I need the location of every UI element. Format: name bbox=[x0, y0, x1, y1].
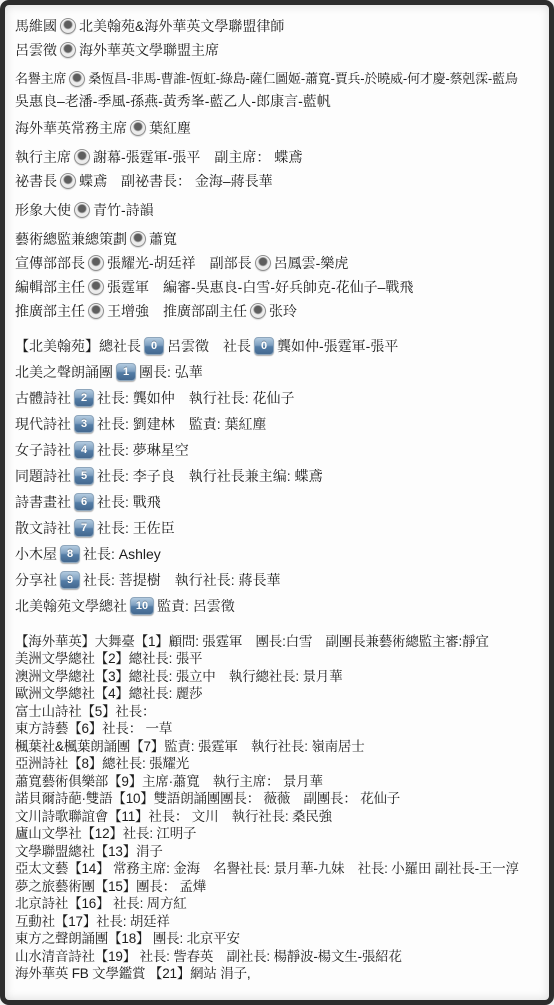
text-segment: 美洲文學總社【2】總社長: 張平 bbox=[15, 651, 202, 667]
text-line: 同題詩社5社長: 李子良 執行社長兼主编: 蝶鳶 bbox=[15, 463, 543, 489]
text-line: 海外華英常務主席葉紅塵 bbox=[15, 116, 543, 140]
text-segment: 分享社 bbox=[15, 572, 57, 588]
text-line: 呂雲徵海外華英文學聯盟主席 bbox=[15, 38, 543, 62]
text-segment: 【海外華英】大舞臺【1】顧問: 張霆軍 團長:白雪 副團長兼藝術總監主審:靜宜 bbox=[15, 634, 489, 650]
text-segment: 青竹-詩韻 bbox=[93, 202, 154, 218]
text-segment: 監責: 呂雲徵 bbox=[157, 598, 235, 614]
text-line: 北美翰苑文學總社10監責: 呂雲徵 bbox=[15, 593, 543, 619]
radio-circle-icon bbox=[60, 42, 76, 58]
text-segment: 宣傳部部長 bbox=[15, 255, 85, 271]
text-line: 執行主席謝幕-張霆軍-張平 副主席： 蝶鳶 bbox=[15, 145, 543, 169]
text-line: 山水清音詩社【19】 社長: 訾春英 副社長: 楊靜波-楊文生-張紹花 bbox=[15, 948, 543, 966]
text-segment: 馬維國 bbox=[15, 18, 57, 34]
text-segment: 葉紅塵 bbox=[149, 120, 191, 136]
text-line: 蕭寬藝術俱樂部【9】主席·蕭寬 執行主席： 景月華 bbox=[15, 773, 543, 791]
text-segment: 執行主席 bbox=[15, 149, 71, 165]
text-line: 形象大使青竹-詩韻 bbox=[15, 198, 543, 222]
text-segment: 社長: Ashley bbox=[83, 546, 161, 562]
text-segment: 蕭寬藝術俱樂部【9】主席·蕭寬 執行主席： 景月華 bbox=[15, 774, 323, 790]
radio-circle-icon bbox=[60, 173, 76, 189]
number-badge-icon: 5 bbox=[74, 467, 94, 485]
text-line: 編輯部主任張霆軍 編審-吳惠良-白雪-好兵帥克-花仙子–戰飛 bbox=[15, 275, 543, 299]
text-segment: 社長: 劉建林 監責: 葉紅塵 bbox=[97, 416, 267, 432]
text-line: 文學聯盟總社【13】涓子 bbox=[15, 843, 543, 861]
section-attorney-chairman: 馬維國北美翰苑&海外華英文學聯盟律師呂雲徵海外華英文學聯盟主席 bbox=[15, 14, 543, 62]
number-badge-icon: 8 bbox=[60, 545, 80, 563]
text-segment: 謝幕-張霆軍-張平 副主席： 蝶鳶 bbox=[93, 149, 302, 165]
number-badge-icon: 2 bbox=[74, 389, 94, 407]
radio-circle-icon bbox=[88, 279, 104, 295]
text-line: 北京詩社【16】 社長: 周方紅 bbox=[15, 896, 543, 914]
text-segment: 東方之聲朗誦團【18】 團長: 北京平安 bbox=[15, 931, 240, 947]
text-line: 宣傳部部長張耀光-胡廷祥 副部長呂鳳雲-樂虎 bbox=[15, 251, 543, 275]
text-segment: 祕書長 bbox=[15, 173, 57, 189]
text-line: 文川詩歌聯誼會【11】社長： 文川 執行社長: 桑民強 bbox=[15, 808, 543, 826]
text-segment: 亞洲詩社【8】總社長: 張耀光 bbox=[15, 756, 189, 772]
text-segment: 古體詩社 bbox=[15, 390, 71, 406]
text-segment: 海外華英文學聯盟主席 bbox=[79, 42, 219, 58]
text-segment: 亞太文藝【14】 常務主席: 金海 名譽社長: 景月華-九妹 社長: 小羅田 副… bbox=[15, 861, 519, 877]
text-line: 名譽主席桑恆昌-非馬-曹誰-恆虹-綠島-薩仁圖姬-蕭寬-賈兵-於曉威-何才慶-蔡… bbox=[15, 67, 543, 91]
text-segment: 呂雲徵 bbox=[15, 42, 57, 58]
number-badge-icon: 0 bbox=[254, 337, 274, 355]
text-line: 廬山文學社【12】社長: 江明子 bbox=[15, 826, 543, 844]
text-line: 富士山詩社【5】社長： bbox=[15, 703, 543, 721]
text-line: 東方詩藝【6】社長： 一草 bbox=[15, 721, 543, 739]
text-line: 夢之旅藝術團【15】團長： 孟燁 bbox=[15, 878, 543, 896]
text-segment: 北美之聲朗誦團 bbox=[15, 364, 113, 380]
text-line: 亞洲詩社【8】總社長: 張耀光 bbox=[15, 756, 543, 774]
text-segment: 東方詩藝【6】社長： 一草 bbox=[15, 721, 172, 737]
text-line: 散文詩社7社長: 王佐臣 bbox=[15, 515, 543, 541]
number-badge-icon: 9 bbox=[60, 571, 80, 589]
text-segment: 社長: 龔如仲 執行社長: 花仙子 bbox=[97, 390, 295, 406]
text-line: 祕書長蝶鳶 副祕書長： 金海–蔣長華 bbox=[15, 169, 543, 193]
text-segment: 蝶鳶 副祕書長： 金海–蔣長華 bbox=[79, 173, 273, 189]
section-image-ambassador: 形象大使青竹-詩韻 bbox=[15, 198, 543, 222]
text-segment: 推廣部主任 bbox=[15, 303, 85, 319]
radio-circle-icon bbox=[60, 18, 76, 34]
section-huaying-societies: 【海外華英】大舞臺【1】顧問: 張霆軍 團長:白雪 副團長兼藝術總監主審:靜宜美… bbox=[15, 633, 543, 983]
text-line: 東方之聲朗誦團【18】 團長: 北京平安 bbox=[15, 931, 543, 949]
text-line: 分享社9社長: 菩提樹 執行社長: 蔣長華 bbox=[15, 567, 543, 593]
text-segment: 編輯部主任 bbox=[15, 279, 85, 295]
text-segment: 女子詩社 bbox=[15, 442, 71, 458]
text-line: 海外華英 FB 文學鑑賞 【21】網站 涓子, bbox=[15, 966, 543, 984]
text-line: 吳惠良–老潘-季風-孫燕-黃秀峯-藍乙人-郎康言-藍帆 bbox=[15, 91, 543, 111]
section-hanyuan-societies: 【北美翰苑】總社長0呂雲徵 社長0龔如仲-張霆軍-張平北美之聲朗誦團1團長: 弘… bbox=[15, 333, 543, 619]
text-line: 小木屋8社長: Ashley bbox=[15, 541, 543, 567]
text-line: 藝術總監兼總策劃蕭寬 bbox=[15, 227, 543, 251]
text-line: 【海外華英】大舞臺【1】顧問: 張霆軍 團長:白雪 副團長兼藝術總監主審:靜宜 bbox=[15, 633, 543, 651]
number-badge-icon: 0 bbox=[144, 337, 164, 355]
text-segment: 北美翰苑&海外華英文學聯盟律師 bbox=[79, 18, 284, 34]
section-executive-chairmen: 執行主席謝幕-張霆軍-張平 副主席： 蝶鳶祕書長蝶鳶 副祕書長： 金海–蔣長華 bbox=[15, 145, 543, 193]
text-line: 古體詩社2社長: 龔如仲 執行社長: 花仙子 bbox=[15, 385, 543, 411]
document-content: 馬維國北美翰苑&海外華英文學聯盟律師呂雲徵海外華英文學聯盟主席名譽主席桑恆昌-非… bbox=[15, 14, 543, 983]
text-segment: 社長: 菩提樹 執行社長: 蔣長華 bbox=[83, 572, 281, 588]
text-segment: 社長: 夢琳星空 bbox=[97, 442, 189, 458]
text-segment: 张玲 bbox=[269, 303, 297, 319]
radio-circle-icon bbox=[69, 71, 85, 87]
text-segment: 歐洲文學總社【4】總社長: 麗莎 bbox=[15, 686, 202, 702]
text-segment: 社長: 李子良 執行社長兼主编: 蝶鳶 bbox=[97, 468, 323, 484]
text-line: 北美之聲朗誦團1團長: 弘華 bbox=[15, 359, 543, 385]
radio-circle-icon bbox=[130, 120, 146, 136]
text-line: 馬維國北美翰苑&海外華英文學聯盟律師 bbox=[15, 14, 543, 38]
text-segment: 文學聯盟總社【13】涓子 bbox=[15, 844, 163, 860]
number-badge-icon: 1 bbox=[116, 363, 136, 381]
text-segment: 廬山文學社【12】社長: 江明子 bbox=[15, 826, 196, 842]
text-segment: 呂雲徵 社長 bbox=[167, 338, 251, 354]
number-badge-icon: 4 bbox=[74, 441, 94, 459]
number-badge-icon: 10 bbox=[130, 597, 154, 615]
text-line: 楓葉社&楓葉朗誦團【7】監責: 張霆軍 執行社長: 嶺南居士 bbox=[15, 738, 543, 756]
text-line: 諾貝爾詩葩·雙語【10】雙語朗誦團團長： 薇薇 副團長： 花仙子 bbox=[15, 791, 543, 809]
text-line: 澳洲文學總社【3】總社長: 張立中 執行總社長: 景月華 bbox=[15, 668, 543, 686]
text-segment: 【北美翰苑】總社長 bbox=[15, 338, 141, 354]
text-segment: 夢之旅藝術團【15】團長： 孟燁 bbox=[15, 879, 206, 895]
text-segment: 海外華英 FB 文學鑑賞 【21】網站 涓子, bbox=[15, 966, 250, 982]
number-badge-icon: 6 bbox=[74, 493, 94, 511]
radio-circle-icon bbox=[88, 303, 104, 319]
text-line: 歐洲文學總社【4】總社長: 麗莎 bbox=[15, 686, 543, 704]
radio-circle-icon bbox=[255, 255, 271, 271]
text-segment: 諾貝爾詩葩·雙語【10】雙語朗誦團團長： 薇薇 副團長： 花仙子 bbox=[15, 791, 400, 807]
text-segment: 團長: 弘華 bbox=[139, 364, 203, 380]
radio-circle-icon bbox=[88, 255, 104, 271]
radio-circle-icon bbox=[74, 149, 90, 165]
text-segment: 蕭寬 bbox=[149, 231, 177, 247]
radio-circle-icon bbox=[250, 303, 266, 319]
text-segment: 龔如仲-張霆軍-張平 bbox=[277, 338, 398, 354]
document-page: 馬維國北美翰苑&海外華英文學聯盟律師呂雲徵海外華英文學聯盟主席名譽主席桑恆昌-非… bbox=[0, 0, 554, 1005]
text-segment: 王增強 推廣部副主任 bbox=[107, 303, 247, 319]
section-honorary-chairmen: 名譽主席桑恆昌-非馬-曹誰-恆虹-綠島-薩仁圖姬-蕭寬-賈兵-於曉威-何才慶-蔡… bbox=[15, 67, 543, 111]
text-segment: 澳洲文學總社【3】總社長: 張立中 執行總社長: 景月華 bbox=[15, 669, 342, 685]
text-segment: 呂鳳雲-樂虎 bbox=[274, 255, 349, 271]
number-badge-icon: 7 bbox=[74, 519, 94, 537]
text-line: 現代詩社3社長: 劉建林 監責: 葉紅塵 bbox=[15, 411, 543, 437]
text-segment: 社長: 戰飛 bbox=[97, 494, 161, 510]
text-segment: 海外華英常務主席 bbox=[15, 120, 127, 136]
text-line: 【北美翰苑】總社長0呂雲徵 社長0龔如仲-張霆軍-張平 bbox=[15, 333, 543, 359]
text-segment: 同題詩社 bbox=[15, 468, 71, 484]
radio-circle-icon bbox=[74, 202, 90, 218]
text-segment: 文川詩歌聯誼會【11】社長： 文川 執行社長: 桑民強 bbox=[15, 809, 332, 825]
text-line: 互動社【17】社長: 胡廷祥 bbox=[15, 913, 543, 931]
text-segment: 吳惠良–老潘-季風-孫燕-黃秀峯-藍乙人-郎康言-藍帆 bbox=[15, 93, 331, 109]
text-segment: 山水清音詩社【19】 社長: 訾春英 副社長: 楊靜波-楊文生-張紹花 bbox=[15, 949, 402, 965]
text-segment: 現代詩社 bbox=[15, 416, 71, 432]
section-standing-chairman: 海外華英常務主席葉紅塵 bbox=[15, 116, 543, 140]
text-segment: 形象大使 bbox=[15, 202, 71, 218]
text-segment: 北美翰苑文學總社 bbox=[15, 598, 127, 614]
radio-circle-icon bbox=[130, 231, 146, 247]
text-segment: 藝術總監兼總策劃 bbox=[15, 231, 127, 247]
text-segment: 名譽主席 bbox=[15, 72, 66, 87]
text-segment: 互動社【17】社長: 胡廷祥 bbox=[15, 914, 170, 930]
text-segment: 楓葉社&楓葉朗誦團【7】監責: 張霆軍 執行社長: 嶺南居士 bbox=[15, 739, 365, 755]
text-line: 美洲文學總社【2】總社長: 張平 bbox=[15, 651, 543, 669]
text-segment: 詩書畫社 bbox=[15, 494, 71, 510]
text-line: 推廣部主任王增強 推廣部副主任张玲 bbox=[15, 299, 543, 323]
text-segment: 散文詩社 bbox=[15, 520, 71, 536]
text-line: 女子詩社4社長: 夢琳星空 bbox=[15, 437, 543, 463]
text-segment: 桑恆昌-非馬-曹誰-恆虹-綠島-薩仁圖姬-蕭寬-賈兵-於曉威-何才慶-蔡剋霂-藍… bbox=[88, 72, 517, 87]
section-departments: 藝術總監兼總策劃蕭寬宣傳部部長張耀光-胡廷祥 副部長呂鳳雲-樂虎編輯部主任張霆軍… bbox=[15, 227, 543, 323]
text-segment: 社長: 王佐臣 bbox=[97, 520, 175, 536]
text-line: 亞太文藝【14】 常務主席: 金海 名譽社長: 景月華-九妹 社長: 小羅田 副… bbox=[15, 861, 543, 879]
text-segment: 北京詩社【16】 社長: 周方紅 bbox=[15, 896, 187, 912]
number-badge-icon: 3 bbox=[74, 415, 94, 433]
text-segment: 小木屋 bbox=[15, 546, 57, 562]
text-segment: 張霆軍 編審-吳惠良-白雪-好兵帥克-花仙子–戰飛 bbox=[107, 279, 413, 295]
text-line: 詩書畫社6社長: 戰飛 bbox=[15, 489, 543, 515]
text-segment: 富士山詩社【5】社長： bbox=[15, 704, 155, 720]
text-segment: 張耀光-胡廷祥 副部長 bbox=[107, 255, 252, 271]
